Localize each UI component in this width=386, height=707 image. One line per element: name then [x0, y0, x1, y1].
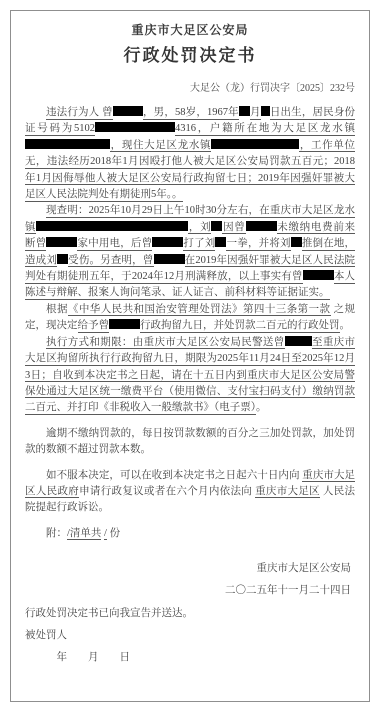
text-segment: 申请行政复议或者在六个月内依法向: [79, 486, 255, 497]
signature-agency: 重庆市大足区公安局: [25, 558, 351, 580]
text-segment: 打了刘: [183, 238, 215, 251]
paragraph-late-penalty: 逾期不缴纳罚款的，每日按罚款数额的百分之三加处罚款，加处罚款的数额不超过罚款本数…: [25, 426, 355, 459]
text-segment: 逾期不缴纳罚款的，每日按罚款数额的百分之三加处罚款，加处罚款的数额不超过罚款本数…: [25, 428, 355, 455]
text-segment: 附：: [46, 528, 67, 539]
signature-date-blank: 年 月 日: [25, 648, 355, 668]
redaction-block: [239, 106, 250, 116]
paragraph-execution: 执行方式和期限：由重庆市大足区公安局民警送曾至重庆市大足区拘留所执行行政拘留九日…: [25, 335, 355, 417]
paragraph-appeal-rights: 如不服本决定，可以在收到本决定书之日起六十日内向 重庆市大足区人民政府申请行政复…: [25, 468, 355, 517]
redaction-block: [211, 221, 222, 231]
text-segment: 份: [107, 528, 120, 539]
text-segment: 因曾: [222, 222, 245, 235]
redaction-block: [291, 237, 302, 247]
redaction-block: [261, 106, 270, 116]
redaction-block: [211, 139, 299, 149]
redaction-block: [154, 254, 185, 264]
text-segment: 行政拘留九日，并处罚款二百元的行政处罚: [140, 320, 340, 333]
text-segment: ，男，58岁，1967年: [143, 107, 239, 120]
redaction-block: [109, 319, 140, 329]
text-segment: 根据: [46, 304, 68, 315]
punished-person-label: 被处罚人: [25, 626, 355, 646]
redaction-block: [46, 237, 77, 247]
signature-date: 二〇二五年十一月二十四日: [25, 580, 351, 602]
text-segment: 受伤。另查明，曾: [68, 255, 154, 268]
redaction-block: [285, 336, 312, 346]
text-segment: 给予曾: [78, 320, 110, 333]
redaction-block: [215, 237, 226, 247]
redaction-block: [246, 221, 277, 231]
text-segment: 《中华人民共和国治安管理处罚法》第四十三条第一款: [68, 304, 331, 317]
text-segment: 一拳，并将刘: [226, 238, 290, 251]
paragraph-findings: 现查明：2025年10月29日上午10时30分左右，在重庆市大足区龙水镇，刘因曾…: [25, 203, 355, 301]
delivery-note: 行政处罚决定书已向我宣告并送达。: [25, 604, 355, 624]
text-segment: 月: [250, 107, 261, 120]
document-title: 行政处罚决定书: [25, 41, 355, 66]
text-segment: 如不服本决定，可以在收到本决定书之日起六十日内向: [46, 470, 302, 481]
redaction-block: [25, 139, 110, 149]
text-segment: 4316，户籍所在地为大足区龙水镇: [175, 123, 355, 136]
redaction-block: [36, 221, 188, 231]
text-segment: 家中用电，后曾: [77, 238, 152, 251]
issuing-agency: 重庆市大足区公安局: [25, 21, 355, 38]
redaction-block: [57, 254, 68, 264]
signature-block: 重庆市大足区公安局 二〇二五年十一月二十四日: [25, 558, 355, 602]
attachment-line: 附：/清单共 / 份: [25, 526, 355, 542]
document-page: 重庆市大足区公安局 行政处罚决定书 大足公（龙）行罚决字〔2025〕232号 违…: [0, 0, 386, 707]
text-segment: 违法行为人 曾: [46, 107, 113, 120]
redaction-block: [113, 106, 143, 116]
text-segment: ，现住大足区龙水镇: [110, 140, 211, 153]
redaction-block: [95, 122, 175, 132]
paragraph-decision: 根据《中华人民共和国治安管理处罚法》第四十三条第一款 之规定，现决定给予曾行政拘…: [25, 302, 355, 335]
text-segment: 重庆市大足区: [255, 486, 320, 499]
document-border: 重庆市大足区公安局 行政处罚决定书 大足公（龙）行罚决字〔2025〕232号 违…: [10, 10, 370, 702]
text-segment: ，刘: [188, 222, 211, 235]
document-number: 大足公（龙）行罚决字〔2025〕232号: [25, 79, 355, 94]
redaction-block: [303, 270, 334, 280]
text-segment: /清单共: [67, 528, 101, 541]
text-segment: 执行方式和期限：由重庆市大足区公安局民警送曾: [46, 337, 285, 350]
text-segment: 。: [256, 402, 267, 413]
redaction-block: [152, 237, 183, 247]
paragraph-offender-info: 违法行为人 曾，男，58岁，1967年月日出生，居民身份证号码为51024316…: [25, 105, 355, 203]
text-segment: 。: [340, 320, 351, 331]
